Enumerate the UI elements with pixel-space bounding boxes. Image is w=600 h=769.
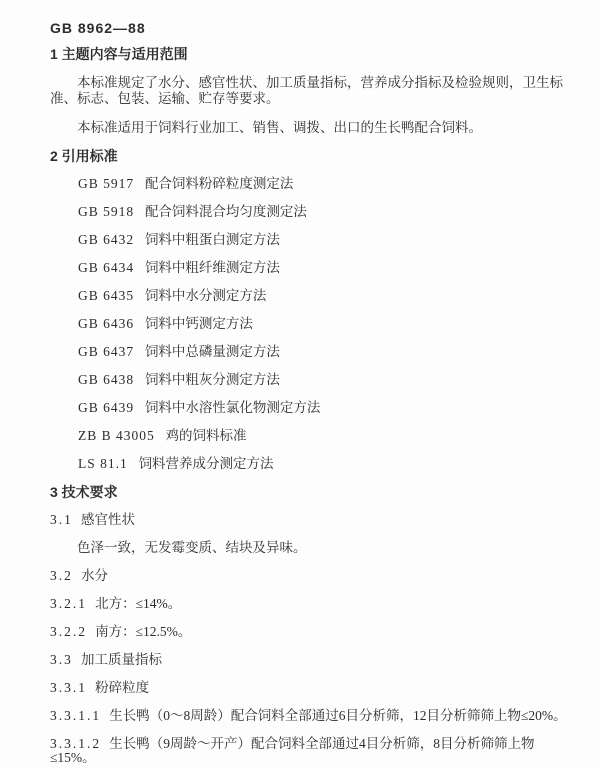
reference-code: GB 6438	[78, 372, 134, 387]
clause-number: 3.3	[50, 652, 73, 667]
clause-row: 3.2.1北方：≤14%。	[50, 597, 575, 611]
reference-code: GB 6436	[78, 316, 134, 331]
clause-row: 3.2水分	[50, 569, 575, 583]
reference-code: ZB B 43005	[78, 428, 155, 443]
clause-text: 生长鸭（0～8周龄）配合饲料全部通过6目分析筛，12目分析筛筛上物≤20%。	[109, 708, 566, 723]
standard-number: GB 8962—88	[50, 21, 575, 36]
clause-number: 3.2.1	[50, 596, 87, 611]
clause-row: 3.3.1粉碎粒度	[50, 681, 575, 695]
clause-text: 水分	[81, 568, 108, 583]
reference-title: 鸡的饲料标准	[166, 428, 247, 443]
clause-text: 粉碎粒度	[95, 680, 149, 695]
reference-item: LS 81.1饲料营养成分测定方法	[78, 457, 575, 471]
reference-code: GB 6432	[78, 232, 134, 247]
reference-item: GB 6439饲料中水溶性氯化物测定方法	[78, 401, 575, 415]
reference-item: GB 6437饲料中总磷量测定方法	[78, 345, 575, 359]
section-2-heading: 2 引用标准	[50, 149, 575, 164]
reference-code: GB 6434	[78, 260, 134, 275]
section-1-heading: 1 主题内容与适用范围	[50, 47, 575, 62]
reference-code: LS 81.1	[78, 456, 128, 471]
reference-item: GB 6432饲料中粗蛋白测定方法	[78, 233, 575, 247]
clause-text: 北方：≤14%。	[95, 596, 181, 611]
reference-title: 饲料中粗纤维测定方法	[145, 260, 280, 275]
clause-text: 感官性状	[81, 512, 135, 527]
reference-item: GB 5917配合饲料粉碎粒度测定法	[78, 177, 575, 191]
clause-number: 3.3.1.1	[50, 708, 101, 723]
clause-row: 3.3.1.2生长鸭（9周龄～开产）配合饲料全部通过4目分析筛，8目分析筛筛上物…	[50, 737, 575, 765]
clause-row: 3.3加工质量指标	[50, 653, 575, 667]
section-3-heading: 3 技术要求	[50, 485, 575, 500]
reference-title: 配合饲料混合均匀度测定法	[145, 204, 307, 219]
reference-title: 饲料中粗蛋白测定方法	[145, 232, 280, 247]
reference-item: GB 5918配合饲料混合均匀度测定法	[78, 205, 575, 219]
reference-item: GB 6434饲料中粗纤维测定方法	[78, 261, 575, 275]
clause-number: 3.3.1	[50, 680, 87, 695]
scope-paragraph-2: 本标准适用于饲料行业加工、销售、调拨、出口的生长鸭配合饲料。	[50, 120, 575, 136]
clause-row: 3.3.1.1生长鸭（0～8周龄）配合饲料全部通过6目分析筛，12目分析筛筛上物…	[50, 709, 575, 723]
reference-title: 饲料中总磷量测定方法	[145, 344, 280, 359]
reference-item: GB 6435饲料中水分测定方法	[78, 289, 575, 303]
clause-row: 3.2.2南方：≤12.5%。	[50, 625, 575, 639]
scope-paragraph-1: 本标准规定了水分、感官性状、加工质量指标，营养成分指标及检验规则，卫生标准、标志…	[50, 75, 575, 107]
clause-text: 南方：≤12.5%。	[95, 624, 191, 639]
document-page: GB 8962—88 1 主题内容与适用范围 本标准规定了水分、感官性状、加工质…	[0, 0, 600, 769]
reference-code: GB 5917	[78, 176, 134, 191]
reference-title: 配合饲料粉碎粒度测定法	[145, 176, 294, 191]
reference-title: 饲料中粗灰分测定方法	[145, 372, 280, 387]
clause-number: 3.2	[50, 568, 73, 583]
clause-text: 生长鸭（9周龄～开产）配合饲料全部通过4目分析筛，8目分析筛筛上物≤15%。	[50, 736, 534, 765]
sensory-description: 色泽一致，无发霉变质、结块及异味。	[50, 541, 575, 555]
reference-code: GB 6439	[78, 400, 134, 415]
clause-text: 加工质量指标	[81, 652, 162, 667]
reference-item: GB 6436饲料中钙测定方法	[78, 317, 575, 331]
reference-title: 饲料中水分测定方法	[145, 288, 267, 303]
reference-title: 饲料营养成分测定方法	[139, 456, 274, 471]
reference-code: GB 6437	[78, 344, 134, 359]
reference-item: ZB B 43005鸡的饲料标准	[78, 429, 575, 443]
clause-number: 3.3.1.2	[50, 736, 101, 751]
reference-code: GB 5918	[78, 204, 134, 219]
reference-code: GB 6435	[78, 288, 134, 303]
clause-number: 3.1	[50, 512, 73, 527]
reference-title: 饲料中钙测定方法	[145, 316, 253, 331]
clause-number: 3.2.2	[50, 624, 87, 639]
clause-row: 3.1感官性状	[50, 513, 575, 527]
reference-item: GB 6438饲料中粗灰分测定方法	[78, 373, 575, 387]
reference-title: 饲料中水溶性氯化物测定方法	[145, 400, 321, 415]
